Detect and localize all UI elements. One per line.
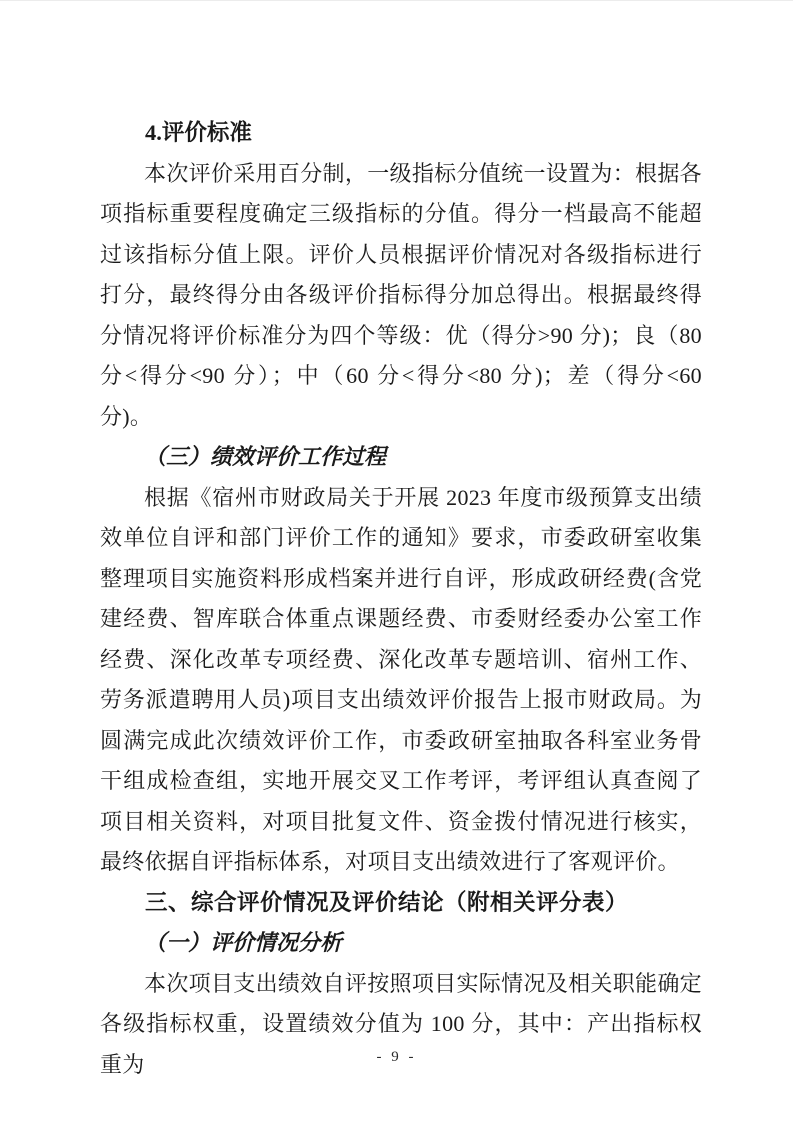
paragraph-analysis: 本次项目支出绩效自评按照项目实际情况及相关职能确定各级指标权重，设置绩效分值为 …: [100, 964, 702, 1086]
page-content: 4.评价标准 本次评价采用百分制，一级指标分值统一设置为：根据各项指标重要程度确…: [100, 113, 702, 1085]
paragraph-work-process: 根据《宿州市财政局关于开展 2023 年度市级预算支出绩效单位自评和部门评价工作…: [100, 478, 702, 883]
document-page: 4.评价标准 本次评价采用百分制，一级指标分值统一设置为：根据各项指标重要程度确…: [0, 0, 793, 1122]
heading-section-three-work-process: （三）绩效评价工作过程: [100, 437, 702, 478]
heading-sub-one-analysis: （一）评价情况分析: [100, 923, 702, 964]
heading-part-three-conclusion: 三、综合评价情况及评价结论（附相关评分表）: [100, 883, 702, 924]
heading-evaluation-criteria: 4.评价标准: [100, 113, 702, 154]
paragraph-evaluation-criteria: 本次评价采用百分制，一级指标分值统一设置为：根据各项指标重要程度确定三级指标的分…: [100, 154, 702, 438]
page-number: - 9 -: [0, 1049, 793, 1066]
